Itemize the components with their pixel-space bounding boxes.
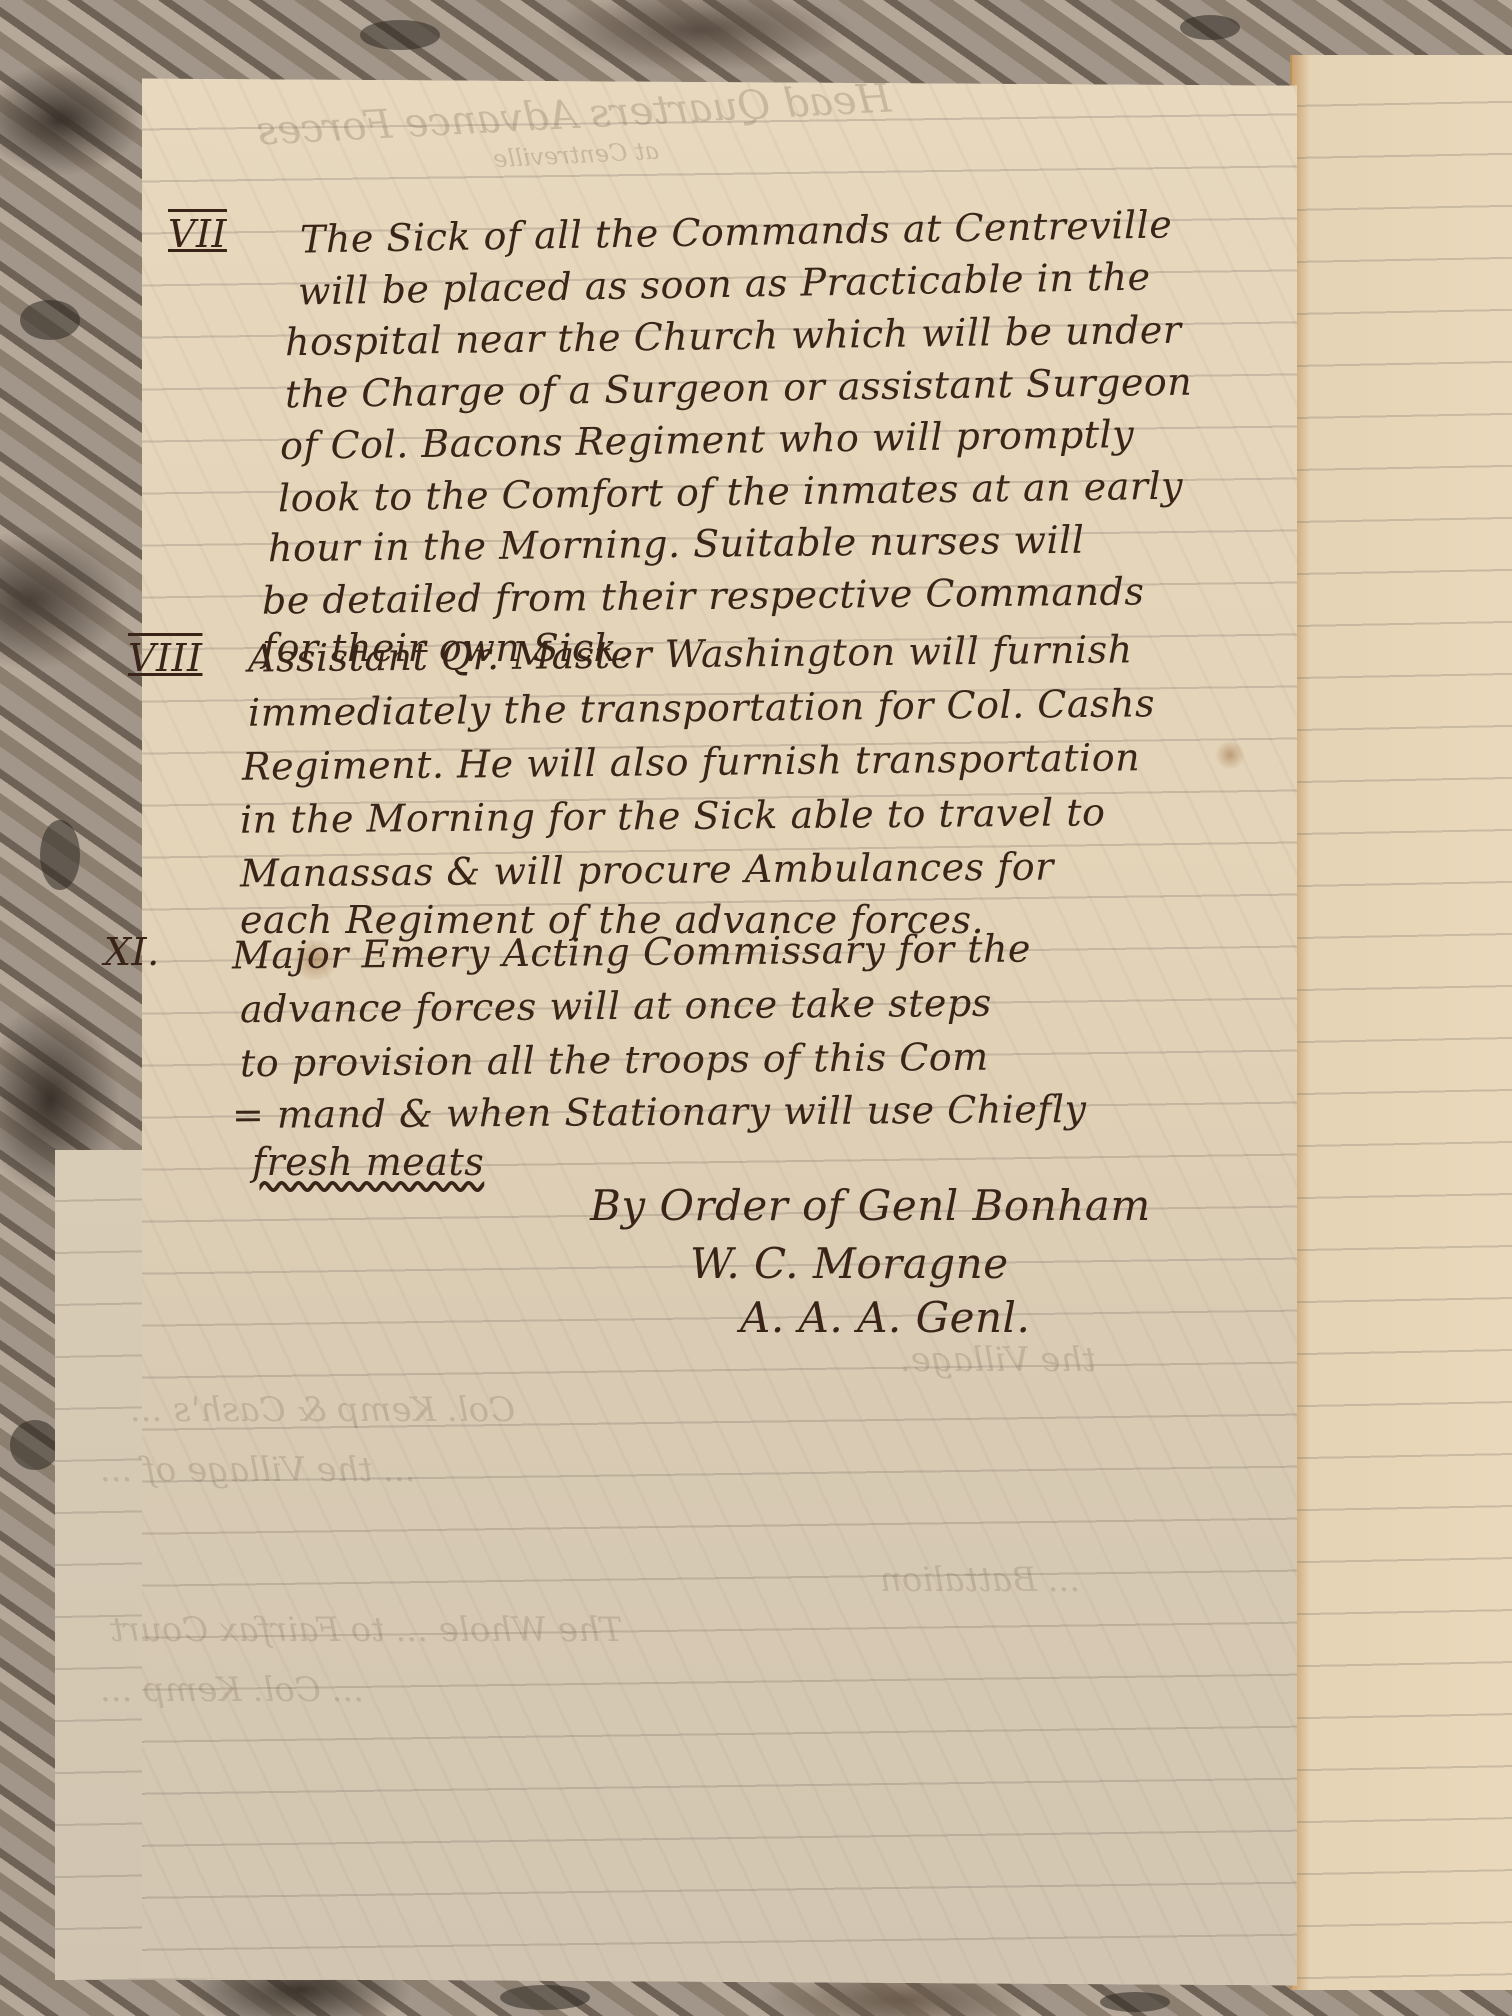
text-line: = mand & when Stationary will use Chiefl… xyxy=(232,1087,1087,1137)
ruled-lines xyxy=(1292,55,1512,1990)
text-line: Regiment. He will also furnish transport… xyxy=(242,735,1140,788)
ghost-line: the Village. xyxy=(900,1340,1096,1380)
text-line: Major Emery Acting Commissary for the xyxy=(232,927,1031,978)
ghost-line: ... Col. Kemp ... xyxy=(100,1670,364,1710)
signature-name: W. C. Moragne xyxy=(690,1240,1009,1288)
granite-speck xyxy=(20,300,80,340)
granite-speck xyxy=(10,1420,60,1470)
signature-title: A. A. A. Genl. xyxy=(740,1294,1030,1342)
section-numeral: VIII xyxy=(128,636,202,680)
text-line: to provision all the troops of this Com xyxy=(240,1035,989,1086)
right-page xyxy=(1290,55,1512,1990)
granite-speck xyxy=(360,20,440,50)
text-line-underlined: fresh meats xyxy=(252,1140,484,1184)
text-line: be detailed from their respective Comman… xyxy=(262,569,1145,622)
ink-stain xyxy=(1215,740,1245,770)
ghost-line: The Whole ... to Fairfax Court xyxy=(110,1610,623,1650)
ghost-line: ... the Village of ... xyxy=(100,1450,416,1490)
section-numeral: VII xyxy=(168,212,227,256)
granite-speck xyxy=(40,820,80,890)
signature-order-line: By Order of Genl Bonham xyxy=(590,1182,1151,1230)
text-line: hour in the Morning. Suitable nurses wil… xyxy=(268,518,1085,571)
text-line: in the Morning for the Sick able to trav… xyxy=(240,790,1106,842)
section-numeral: XI. xyxy=(104,930,160,974)
text-line: advance forces will at once take steps xyxy=(240,981,992,1032)
text-line: Assistant Qr. Master Washington will fur… xyxy=(248,627,1133,680)
text-line: Manassas & will procure Ambulances for xyxy=(240,844,1054,895)
ghost-line: ... Battalion xyxy=(880,1560,1080,1600)
granite-speck xyxy=(500,1985,590,2010)
granite-speck xyxy=(1100,1992,1170,2012)
granite-speck xyxy=(1180,15,1240,40)
ghost-line: Col. Kemp & Cash's ... xyxy=(130,1390,515,1430)
